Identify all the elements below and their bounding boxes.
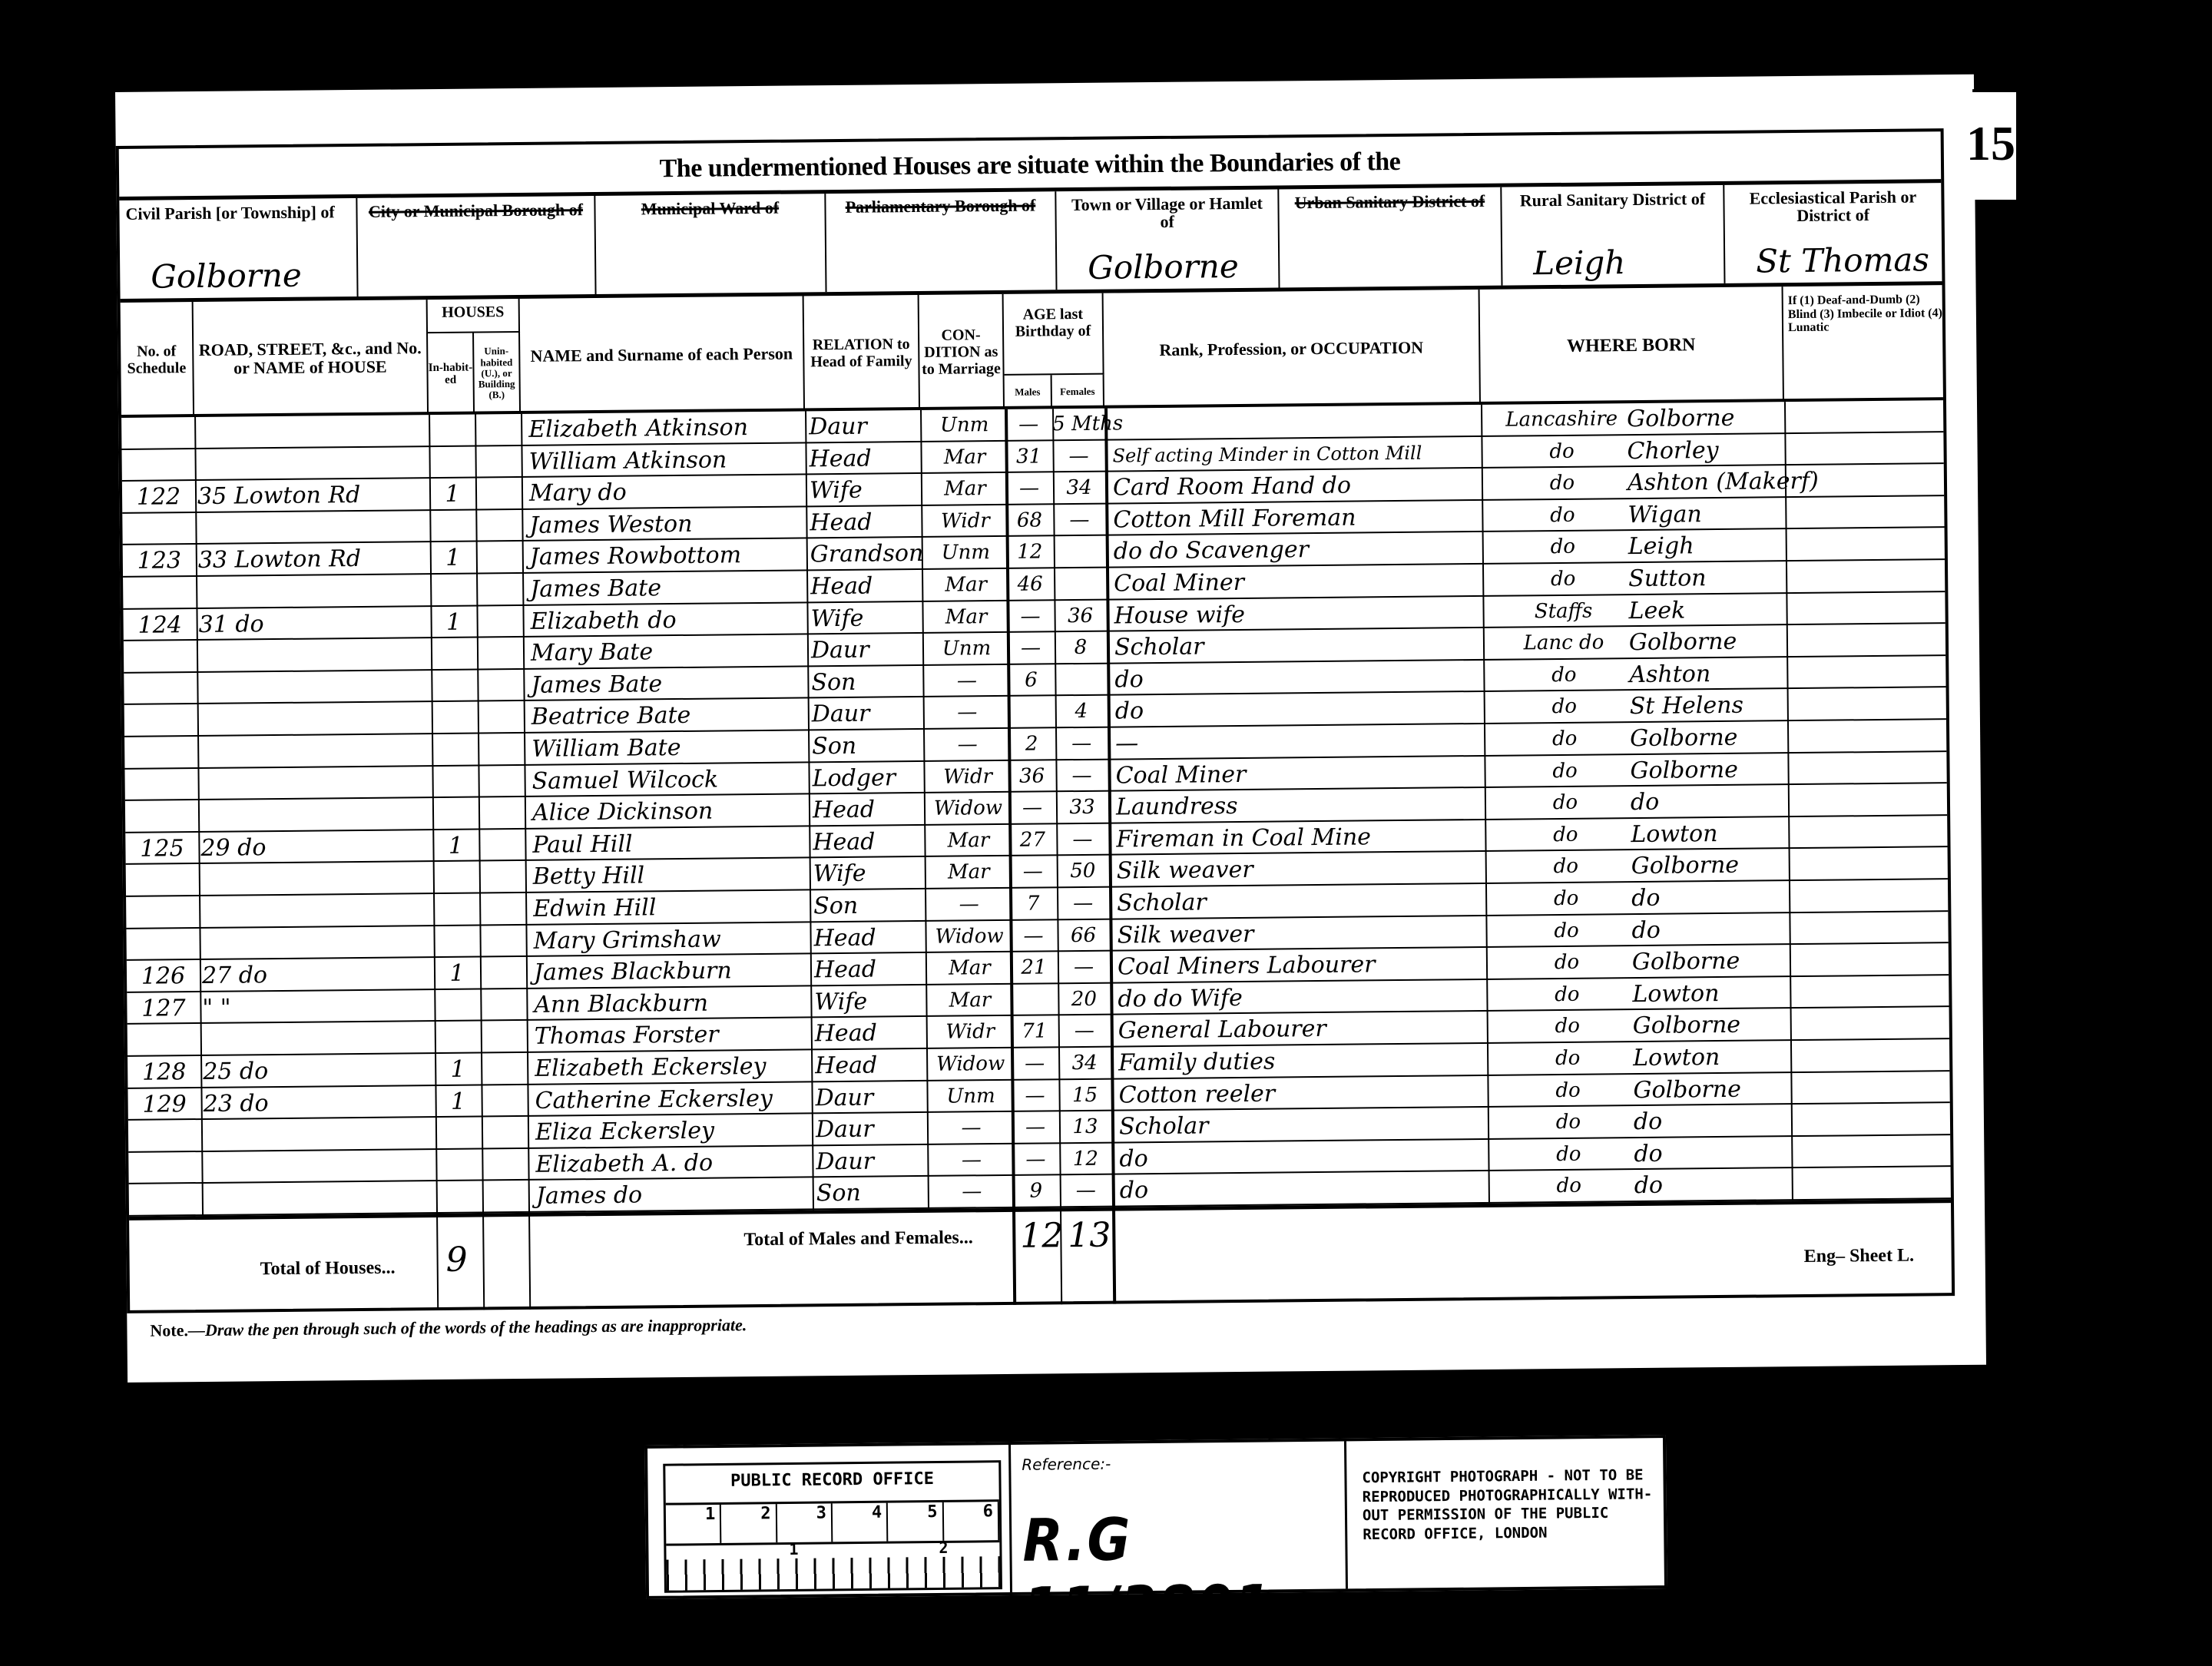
cell-name: James Weston — [529, 507, 806, 542]
cell-female-age: — — [1058, 952, 1110, 984]
cell-female-age — [1054, 568, 1106, 601]
cell-born-county: do — [1503, 1106, 1634, 1139]
cell-relation: Head — [813, 793, 924, 826]
cell-inhabited: 1 — [429, 479, 475, 511]
cell-occupation: Scholar — [1117, 884, 1485, 919]
cell-born-place: do — [1631, 881, 1789, 915]
header-road: ROAD, STREET, &c., and No. or NAME of HO… — [194, 300, 429, 417]
cell-female-age — [1055, 664, 1107, 696]
cell-born-place: Chorley — [1627, 434, 1784, 468]
cell-infirmity — [1790, 528, 1943, 562]
cell-inhabited: 1 — [435, 1085, 481, 1118]
cell-male-age: 21 — [1010, 952, 1058, 984]
cell-born-place: Golborne — [1630, 721, 1787, 755]
header-where-born: WHERE BORN — [1480, 286, 1784, 405]
census-form: The undermentioned Houses are situate wi… — [116, 128, 1955, 1313]
cell-male-age: 6 — [1007, 664, 1055, 697]
cell-born-place: Leek — [1628, 594, 1786, 628]
cell-born-county: do — [1497, 467, 1628, 500]
cell-male-age: — — [1011, 1048, 1058, 1080]
cell-inhabited: 1 — [430, 606, 476, 638]
header-males: Males — [1005, 375, 1052, 409]
cell-address: 27 do — [202, 958, 432, 992]
cell-male-age: — — [1009, 920, 1057, 952]
cell-born-county: do — [1502, 1010, 1633, 1043]
cell-female-age: 13 — [1059, 1111, 1111, 1144]
cell-condition: Unm — [924, 409, 1005, 442]
cell-born-place: Golborne — [1629, 625, 1786, 659]
totals-row: Total of Houses... 9 Total of Males and … — [129, 1199, 1952, 1313]
cell-female-age: — — [1055, 728, 1108, 760]
total-houses-value: 9 — [445, 1240, 467, 1280]
cell-female-age — [1054, 536, 1106, 568]
cell-schedule — [124, 737, 197, 770]
cell-born-county: do — [1499, 691, 1630, 724]
cell-female-age: — — [1058, 1015, 1111, 1048]
cell-male-age: 2 — [1008, 728, 1055, 760]
cell-born-place: Golborne — [1630, 754, 1787, 787]
cell-born-county: Staffs — [1498, 595, 1628, 628]
cell-relation: Head — [815, 1049, 926, 1082]
cell-schedule — [124, 704, 197, 737]
cell-born-place: Lowton — [1631, 817, 1788, 851]
cell-relation: Head — [815, 1017, 926, 1050]
cell-name: Catherine Eckersley — [535, 1082, 811, 1117]
cell-born-county: do — [1501, 883, 1631, 916]
cell-male-age: 71 — [1011, 1016, 1058, 1048]
cell-relation: Daur — [816, 1145, 927, 1178]
cell-condition: — — [929, 889, 1009, 922]
pro-scale-box: PUBLIC RECORD OFFICE 1 2 3 4 5 6 1 2 — [663, 1460, 1002, 1593]
cell-male-age: 9 — [1012, 1176, 1060, 1208]
cell-infirmity — [1789, 496, 1942, 530]
cell-condition: Widr — [927, 760, 1008, 793]
cell-born-place: Lowton — [1632, 977, 1790, 1011]
cell-female-age: — — [1052, 440, 1104, 472]
cell-female-age: 5 Mths — [1052, 409, 1104, 441]
cell-female-age: 36 — [1054, 600, 1106, 632]
cell-infirmity — [1793, 943, 1947, 977]
cell-address — [197, 415, 427, 449]
cell-name: Elizabeth Atkinson — [528, 411, 805, 445]
cell-address — [204, 1150, 434, 1184]
cell-infirmity — [1792, 816, 1945, 850]
cell-occupation: Card Room Hand do — [1113, 469, 1482, 504]
cell-born-place: Golborne — [1627, 402, 1784, 436]
cell-address — [204, 1181, 435, 1215]
reference-label: Reference:- — [1022, 1455, 1111, 1474]
cell-infirmity — [1791, 720, 1945, 754]
cell-relation: Son — [811, 666, 922, 699]
reference-value: R.G 11/3801 — [1022, 1502, 1346, 1642]
cell-condition: — — [932, 1176, 1012, 1209]
cell-born-place: do — [1631, 785, 1788, 819]
cell-born-place: Leigh — [1628, 530, 1786, 564]
header-infirmity: If (1) Deaf-and-Dumb (2) Blind (3) Imbec… — [1783, 285, 1949, 402]
total-houses-label: Total of Houses... — [260, 1258, 396, 1280]
boundary-urban-sanitary: Urban Sanitary District of — [1279, 187, 1502, 288]
cell-address: 25 do — [203, 1054, 433, 1088]
cell-infirmity — [1793, 912, 1946, 946]
cell-condition: Mar — [929, 985, 1010, 1018]
cell-born-place: Lowton — [1633, 1041, 1790, 1075]
cell-address — [199, 671, 429, 704]
cell-inhabited: 1 — [432, 830, 478, 862]
cell-inhabited — [429, 446, 475, 479]
cell-address — [203, 1022, 433, 1055]
cell-condition: — — [931, 1112, 1012, 1145]
cell-occupation: Cotton Mill Foreman — [1113, 501, 1482, 536]
cell-occupation: Scholar — [1119, 1108, 1488, 1143]
cell-condition: Unm — [930, 1080, 1011, 1113]
cell-address — [204, 1118, 434, 1151]
cell-name: Elizabeth do — [530, 603, 806, 638]
cell-condition: Widr — [930, 1016, 1011, 1049]
cell-relation: Lodger — [812, 762, 923, 795]
cell-infirmity — [1788, 432, 1942, 466]
cell-infirmity — [1792, 783, 1945, 817]
cell-occupation: do — [1114, 661, 1483, 696]
cell-address — [197, 511, 428, 545]
cell-schedule — [129, 1184, 202, 1217]
cell-female-age: — — [1053, 504, 1105, 536]
cell-name: William Bate — [531, 730, 808, 765]
cell-male-age: 7 — [1009, 888, 1057, 920]
cell-born-place: St Helens — [1630, 690, 1787, 724]
cell-born-county: do — [1504, 1170, 1634, 1203]
boundary-town-village: Town or Village or Hamlet of Golborne — [1056, 189, 1280, 290]
cell-female-age: 34 — [1053, 472, 1105, 505]
cell-male-age: — — [1005, 472, 1053, 505]
cell-schedule — [124, 673, 197, 706]
cell-condition: Widr — [925, 505, 1005, 538]
cell-condition: Widow — [930, 1048, 1011, 1081]
header-age: AGE last Birthday of — [1004, 293, 1104, 376]
header-schedule: No. of Schedule — [121, 302, 194, 418]
cell-address — [199, 638, 429, 672]
cell-born-county: do — [1501, 850, 1631, 883]
cell-schedule — [126, 864, 199, 897]
cell-condition: Mar — [929, 856, 1009, 889]
folio-number: 15 — [1966, 115, 2015, 172]
cell-born-place: do — [1634, 1105, 1791, 1138]
cell-schedule: 122 — [122, 481, 195, 514]
cell-inhabited — [433, 893, 479, 926]
cell-born-place: Golborne — [1632, 945, 1790, 979]
cell-name: Mary Grimshaw — [533, 922, 810, 957]
cell-condition: Mar — [925, 473, 1005, 506]
cell-name: James Blackburn — [534, 955, 810, 989]
header-houses: HOUSES — [428, 299, 520, 333]
cell-born-place: Golborne — [1633, 1009, 1790, 1043]
cell-born-county: do — [1501, 915, 1631, 948]
cell-born-county: do — [1502, 946, 1632, 979]
cell-male-age: 68 — [1005, 505, 1053, 537]
cell-relation: Daur — [809, 410, 920, 443]
census-page: [Page 23 The undermentioned Houses are s… — [115, 75, 1986, 1383]
cell-occupation: Coal Miners Labourer — [1118, 948, 1486, 983]
cell-schedule — [122, 513, 195, 546]
cell-female-age: 8 — [1055, 632, 1107, 664]
cell-relation: Wife — [814, 985, 926, 1018]
cell-born-county: do — [1498, 563, 1628, 596]
cell-occupation: — — [1115, 724, 1484, 760]
cell-inhabited — [432, 702, 478, 734]
cell-inhabited — [431, 670, 477, 702]
cell-infirmity — [1790, 592, 1943, 626]
cell-occupation: Silk weaver — [1117, 852, 1485, 887]
cell-infirmity — [1794, 1039, 1948, 1073]
cell-inhabited: 1 — [430, 542, 476, 575]
cell-relation: Head — [810, 570, 922, 603]
cell-inhabited: 1 — [434, 958, 480, 990]
cell-inhabited — [435, 1022, 481, 1054]
cell-name: Eliza Eckersley — [535, 1115, 812, 1149]
cell-inhabited — [433, 862, 479, 894]
cell-condition: Mar — [924, 441, 1005, 474]
cell-born-place: do — [1634, 1169, 1792, 1203]
cell-female-age: 66 — [1057, 919, 1109, 952]
total-males: 12 — [1020, 1216, 1063, 1256]
cell-occupation: Coal Miner — [1114, 565, 1482, 600]
cell-born-county: do — [1502, 1075, 1633, 1108]
cell-male-age: — — [1012, 1111, 1059, 1144]
cell-name: Alice Dickinson — [532, 795, 809, 830]
cell-inhabited — [432, 798, 478, 830]
cell-infirmity — [1790, 560, 1943, 594]
cell-male-age: — — [1011, 1080, 1058, 1112]
cell-infirmity — [1796, 1168, 1949, 1201]
cell-name: Mary do — [529, 475, 806, 510]
total-females: 13 — [1068, 1216, 1111, 1256]
cell-occupation: Family duties — [1118, 1044, 1487, 1079]
cell-infirmity — [1790, 656, 1944, 690]
cell-inhabited — [431, 638, 477, 671]
cell-address — [201, 926, 432, 960]
boundaries-row: Civil Parish [or Township] of Golborne C… — [119, 179, 1942, 303]
header-condition: CON-DITION as to Marriage — [919, 294, 1005, 410]
header-uninhabited: Unin-habited (U.), or Building (B.) — [474, 333, 521, 415]
cell-address — [197, 447, 427, 481]
cell-female-age: — — [1057, 888, 1109, 920]
cell-relation: Son — [813, 889, 925, 922]
cell-female-age: — — [1056, 823, 1108, 856]
cell-born-county: do — [1497, 499, 1628, 532]
cell-condition: Mar — [926, 569, 1006, 602]
cell-born-county: do — [1502, 1042, 1633, 1075]
cell-occupation: Self acting Minder in Cotton Mill — [1112, 437, 1481, 472]
cell-occupation: Cotton reeler — [1118, 1076, 1487, 1111]
cell-relation: Head — [810, 506, 921, 539]
cell-infirmity — [1790, 624, 1944, 657]
cell-schedule: 127 — [127, 992, 200, 1025]
header-inhabited: In-habit-ed — [428, 333, 475, 416]
cell-female-age: 33 — [1056, 792, 1108, 824]
cell-relation: Wife — [813, 857, 925, 890]
cell-relation: Daur — [812, 697, 923, 730]
cell-inhabited — [436, 1181, 482, 1214]
cell-schedule — [124, 641, 197, 674]
cell-born-place: Golborne — [1633, 1073, 1790, 1107]
cell-relation: Son — [812, 730, 923, 763]
boundary-municipal-borough: City or Municipal Borough of — [357, 196, 596, 296]
cell-relation: Head — [813, 922, 925, 955]
cell-condition: — — [926, 665, 1007, 698]
boundary-rural-sanitary: Rural Sanitary District of Leigh — [1502, 185, 1725, 286]
cell-infirmity — [1793, 975, 1947, 1009]
cell-female-age: 34 — [1058, 1048, 1111, 1080]
cell-inhabited — [432, 766, 478, 798]
cell-female-age: 50 — [1057, 856, 1109, 888]
cell-address — [201, 862, 432, 896]
cell-male-age: — — [1006, 601, 1054, 633]
cell-address: 31 do — [198, 607, 429, 641]
cell-born-place: Sutton — [1628, 561, 1786, 595]
cell-schedule — [127, 1024, 200, 1057]
cell-relation: Wife — [810, 602, 922, 635]
cell-name: Beatrice Bate — [531, 699, 808, 734]
cell-name: Edwin Hill — [533, 890, 810, 925]
cell-name: Thomas Forster — [535, 1018, 811, 1053]
cell-female-age: 12 — [1059, 1143, 1111, 1175]
cell-born-place: Golborne — [1631, 850, 1789, 883]
boundary-civil-parish: Civil Parish [or Township] of Golborne — [119, 198, 358, 299]
cell-relation: Daur — [811, 634, 922, 667]
cell-female-age: 15 — [1058, 1079, 1111, 1111]
cell-relation: Daur — [815, 1081, 926, 1115]
cell-address — [201, 894, 432, 928]
cell-occupation — [1112, 405, 1481, 440]
cell-address — [200, 767, 430, 800]
cell-born-place: Ashton (Makerf) — [1628, 465, 1785, 499]
cell-relation: Head — [809, 442, 920, 475]
cell-born-county: do — [1499, 755, 1630, 788]
cell-condition: Mar — [926, 601, 1006, 634]
cell-schedule: 126 — [127, 960, 200, 993]
pro-title: PUBLIC RECORD OFFICE — [665, 1469, 998, 1492]
cell-born-county: Lancashire — [1496, 403, 1627, 436]
cell-address — [198, 575, 429, 608]
cell-name: William Atkinson — [528, 443, 805, 478]
cell-female-age: 20 — [1058, 983, 1110, 1015]
cell-name: James Bate — [530, 571, 806, 605]
cell-schedule — [128, 1152, 201, 1185]
cell-schedule: 125 — [125, 833, 198, 866]
cell-male-age: — — [1007, 632, 1055, 664]
cell-infirmity — [1795, 1135, 1949, 1169]
cell-occupation: Fireman in Coal Mine — [1116, 820, 1485, 856]
cell-male-age: — — [1009, 856, 1057, 889]
reference-box: Reference:- R.G 11/3801 — [1008, 1441, 1348, 1592]
cell-occupation: Coal Miner — [1115, 757, 1484, 792]
cell-male-age: 12 — [1006, 537, 1054, 569]
cell-born-county: do — [1496, 436, 1627, 469]
cell-occupation: Laundress — [1116, 788, 1485, 823]
column-headers: No. of Schedule ROAD, STREET, &c., and N… — [121, 285, 1943, 418]
cell-occupation: do — [1115, 692, 1484, 727]
cell-infirmity — [1789, 464, 1942, 498]
cell-inhabited — [435, 1149, 482, 1181]
cell-relation: Head — [814, 953, 926, 986]
header-name: NAME and Surname of each Person — [520, 296, 805, 414]
cell-inhabited — [430, 575, 476, 607]
cell-relation: Head — [813, 826, 924, 859]
cell-name: Samuel Wilcock — [531, 763, 808, 797]
cell-inhabited — [433, 926, 479, 958]
total-persons-label: Total of Males and Females... — [743, 1227, 973, 1250]
cell-condition: Unm — [926, 537, 1006, 570]
cell-male-age: 46 — [1006, 568, 1054, 601]
cell-born-place: Wigan — [1628, 498, 1785, 532]
cell-female-age: — — [1055, 760, 1108, 792]
cell-inhabited — [429, 510, 475, 542]
cell-name: Elizabeth A. do — [535, 1146, 812, 1181]
cell-schedule: 129 — [127, 1088, 200, 1121]
cell-occupation: do — [1119, 1140, 1488, 1175]
cell-address — [200, 798, 431, 832]
cell-occupation: General Labourer — [1118, 1012, 1487, 1047]
public-record-office-stamp: PUBLIC RECORD OFFICE 1 2 3 4 5 6 1 2 Ref… — [644, 1435, 1667, 1599]
cell-born-place: do — [1631, 913, 1789, 947]
cell-infirmity — [1794, 1008, 1948, 1042]
cell-born-county: do — [1502, 979, 1632, 1012]
cell-condition: — — [931, 1144, 1012, 1177]
cell-relation: Daur — [816, 1113, 927, 1146]
cell-infirmity — [1794, 1071, 1948, 1105]
cell-male-age: — — [1008, 792, 1056, 824]
cell-schedule — [124, 769, 197, 802]
cell-male-age: — — [1012, 1144, 1059, 1176]
cell-schedule — [121, 449, 194, 482]
cell-occupation: do do Scavenger — [1114, 532, 1482, 568]
cell-schedule — [128, 1120, 201, 1153]
cell-male-age: 27 — [1008, 824, 1056, 856]
cell-schedule — [125, 800, 198, 833]
cell-infirmity — [1793, 879, 1946, 913]
cell-address: 33 Lowton Rd — [198, 543, 429, 577]
cell-relation: Son — [816, 1177, 928, 1210]
cell-condition: Mar — [929, 952, 1010, 985]
cell-inhabited — [434, 989, 480, 1022]
cell-relation: Wife — [810, 474, 921, 507]
cell-infirmity — [1791, 752, 1945, 786]
cell-male-age: 36 — [1008, 760, 1055, 793]
header-occupation: Rank, Profession, or OCCUPATION — [1104, 290, 1481, 409]
cell-address — [200, 734, 430, 768]
cell-condition: Mar — [928, 825, 1008, 858]
cell-male-age — [1008, 697, 1055, 729]
cell-infirmity — [1791, 688, 1945, 722]
cell-occupation: House wife — [1114, 597, 1482, 632]
cell-inhabited — [435, 1118, 482, 1150]
cell-schedule — [126, 929, 199, 962]
cell-schedule — [121, 417, 194, 450]
header-females: Females — [1052, 375, 1104, 409]
cell-schedule — [123, 577, 196, 610]
cell-occupation: Scholar — [1114, 628, 1483, 664]
cell-relation: Grandson — [810, 538, 922, 571]
cell-inhabited — [432, 734, 478, 767]
cell-address: 23 do — [203, 1086, 433, 1120]
footnote: Note.—Draw the pen through such of the w… — [150, 1315, 747, 1340]
cell-address — [200, 702, 430, 736]
cell-occupation: do do Wife — [1118, 980, 1486, 1015]
cell-male-age — [1010, 984, 1058, 1016]
cell-condition: — — [927, 697, 1008, 730]
cell-born-county: do — [1499, 723, 1630, 756]
copyright-notice: COPYRIGHT PHOTOGRAPH - NOT TO BE REPRODU… — [1362, 1466, 1654, 1545]
sheet-label: Eng– Sheet L. — [1804, 1246, 1915, 1267]
